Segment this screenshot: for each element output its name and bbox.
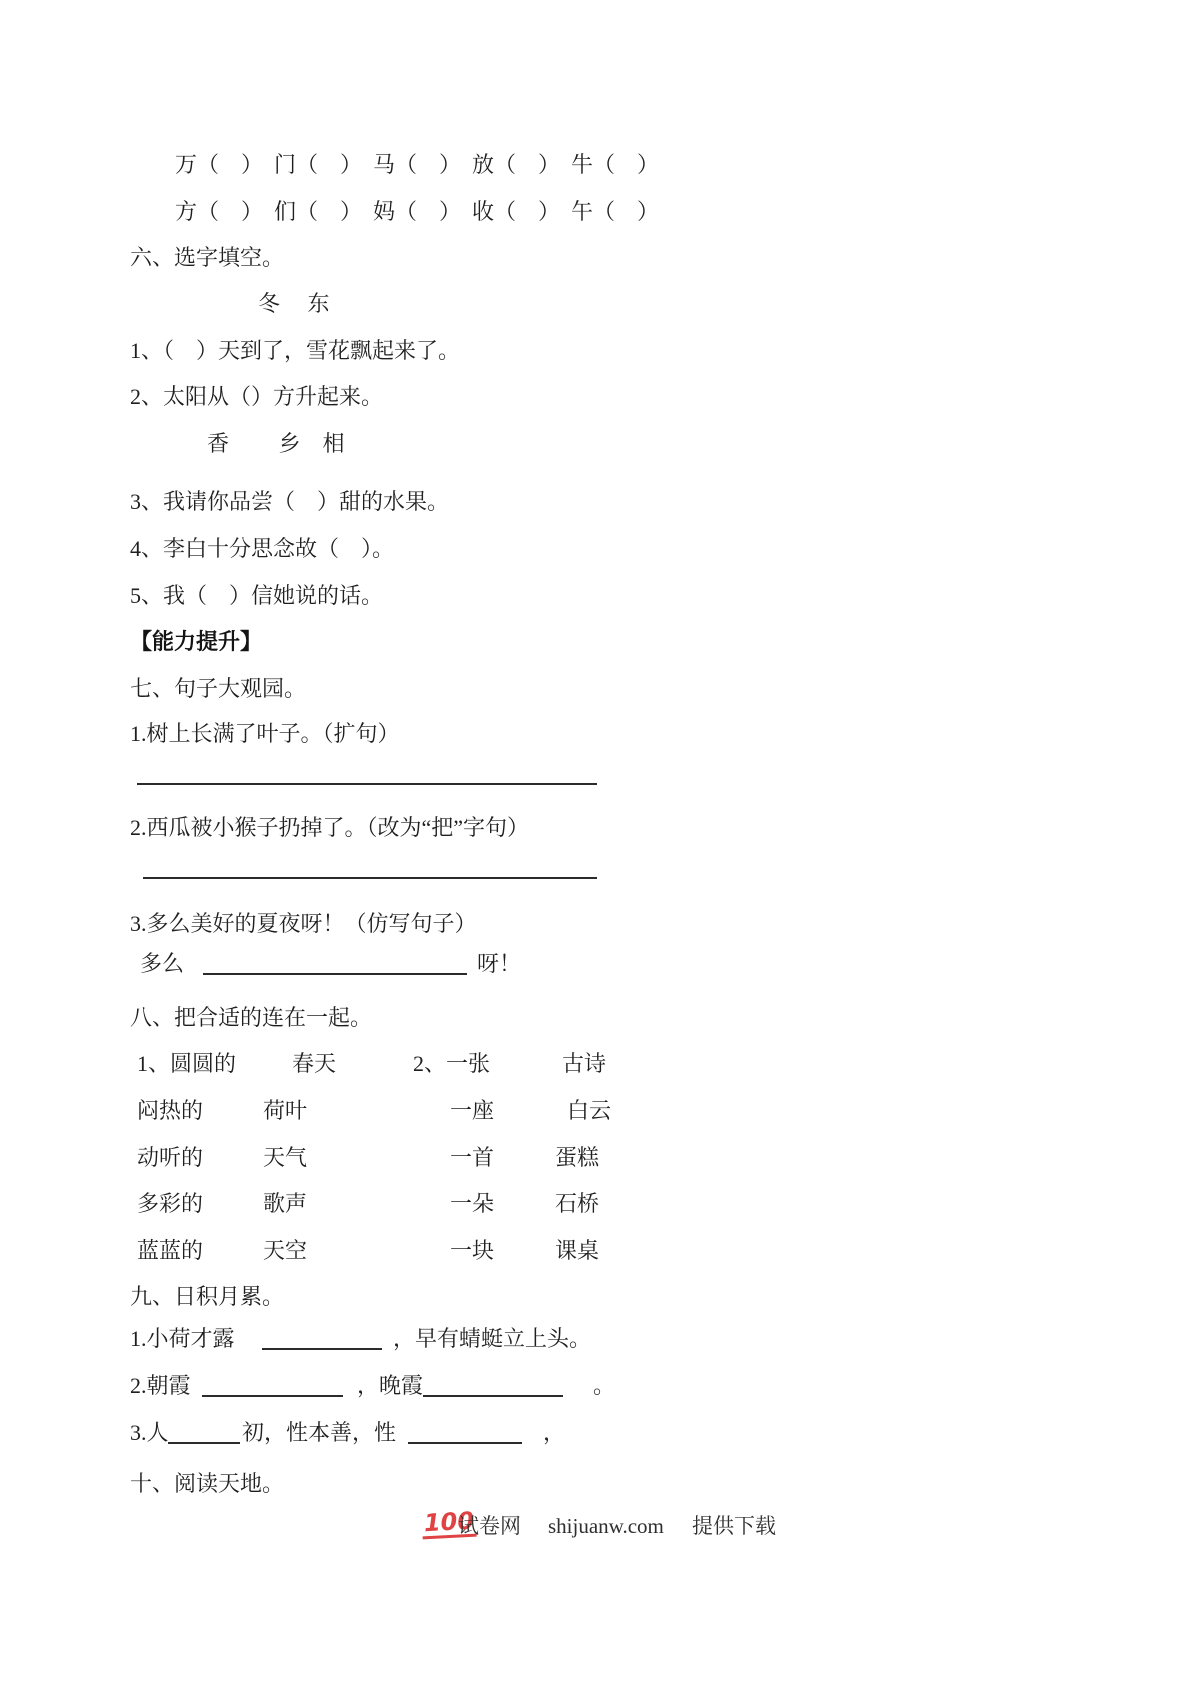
worksheet-page: 万（ ） 门（ ） 马（ ） 放（ ） 牛（ ） 方（ ） 们（ ） 妈（ ） … bbox=[0, 0, 1191, 1684]
q1-prefix: 1.小荷才露 bbox=[130, 1326, 235, 1352]
section-6-choices-2: 香 乡 相 bbox=[207, 431, 345, 457]
match-measure: 一首 bbox=[450, 1145, 494, 1171]
match-object: 石桥 bbox=[555, 1191, 599, 1217]
fill-blank bbox=[262, 1326, 382, 1350]
download-label: 提供下载 bbox=[692, 1514, 776, 1538]
fill-blank bbox=[203, 951, 467, 975]
section-6-question-4: 4、李白十分思念故（ ）。 bbox=[130, 536, 394, 562]
match-adjective: 蓝蓝的 bbox=[137, 1238, 203, 1264]
match-object: 蛋糕 bbox=[555, 1145, 599, 1171]
section-6-question-5: 5、我（ ）信她说的话。 bbox=[130, 583, 383, 609]
section-10-title: 十、阅读天地。 bbox=[130, 1471, 284, 1497]
match-object: 古诗 bbox=[562, 1051, 606, 1077]
match-measure: 一朵 bbox=[450, 1191, 494, 1217]
section-7-title: 七、句子大观园。 bbox=[130, 676, 306, 702]
match-object: 白云 bbox=[567, 1098, 611, 1124]
q3-suffix: ， bbox=[543, 1420, 565, 1446]
match-measure: 一块 bbox=[450, 1238, 494, 1264]
section-9-title: 九、日积月累。 bbox=[130, 1284, 284, 1310]
match-noun: 天空 bbox=[263, 1238, 307, 1264]
ability-section-header: 【能力提升】 bbox=[130, 629, 262, 655]
match-noun: 春天 bbox=[292, 1051, 336, 1077]
match-adjective: 多彩的 bbox=[137, 1191, 203, 1217]
fill-sentence-suffix: 呀！ bbox=[477, 951, 521, 977]
section-8-title: 八、把合适的连在一起。 bbox=[130, 1005, 372, 1031]
match-noun: 天气 bbox=[263, 1145, 307, 1171]
match-object: 课桌 bbox=[555, 1238, 599, 1264]
q3-middle: 初，性本善，性 bbox=[242, 1420, 396, 1446]
match-adjective: 闷热的 bbox=[137, 1098, 203, 1124]
fill-blank bbox=[168, 1420, 240, 1444]
site-logo-text: 试卷网 bbox=[458, 1514, 521, 1538]
fill-pairs-row-1: 万（ ） 门（ ） 马（ ） 放（ ） 牛（ ） bbox=[175, 152, 659, 178]
match-adjective: 1、圆圆的 bbox=[137, 1051, 236, 1077]
q1-suffix: ，早有蜻蜓立上头。 bbox=[393, 1326, 591, 1352]
answer-line-2 bbox=[143, 877, 597, 879]
section-7-question-3: 3.多么美好的夏夜呀！（仿写句子） bbox=[130, 911, 477, 937]
site-domain: shijuanw.com bbox=[548, 1514, 664, 1538]
fill-pairs-row-2: 方（ ） 们（ ） 妈（ ） 收（ ） 午（ ） bbox=[175, 199, 659, 225]
section-6-question-3: 3、我请你品尝（ ）甜的水果。 bbox=[130, 489, 449, 515]
match-measure: 2、一张 bbox=[413, 1051, 490, 1077]
fill-sentence-prefix: 多么 bbox=[140, 951, 184, 977]
fill-blank bbox=[423, 1373, 563, 1397]
section-6-title: 六、选字填空。 bbox=[130, 245, 284, 271]
q2-prefix: 2.朝霞 bbox=[130, 1373, 191, 1399]
section-7-question-1: 1.树上长满了叶子。（扩句） bbox=[130, 721, 400, 747]
match-measure: 一座 bbox=[450, 1098, 494, 1124]
q3-prefix: 3.人 bbox=[130, 1420, 169, 1446]
fill-blank bbox=[202, 1373, 343, 1397]
fill-blank bbox=[408, 1420, 522, 1444]
section-6-question-1: 1、（ ）天到了，雪花飘起来了。 bbox=[130, 338, 460, 364]
match-adjective: 动听的 bbox=[137, 1145, 203, 1171]
q2-suffix: 。 bbox=[593, 1373, 615, 1399]
section-6-question-2: 2、太阳从（）方升起来。 bbox=[130, 384, 383, 410]
match-noun: 荷叶 bbox=[263, 1098, 307, 1124]
match-noun: 歌声 bbox=[263, 1191, 307, 1217]
section-7-question-2: 2.西瓜被小猴子扔掉了。（改为“把”字句） bbox=[130, 815, 529, 841]
answer-line-1 bbox=[137, 783, 597, 785]
q2-middle: ，晚霞 bbox=[357, 1373, 423, 1399]
section-6-choices-1: 冬 东 bbox=[258, 291, 330, 317]
